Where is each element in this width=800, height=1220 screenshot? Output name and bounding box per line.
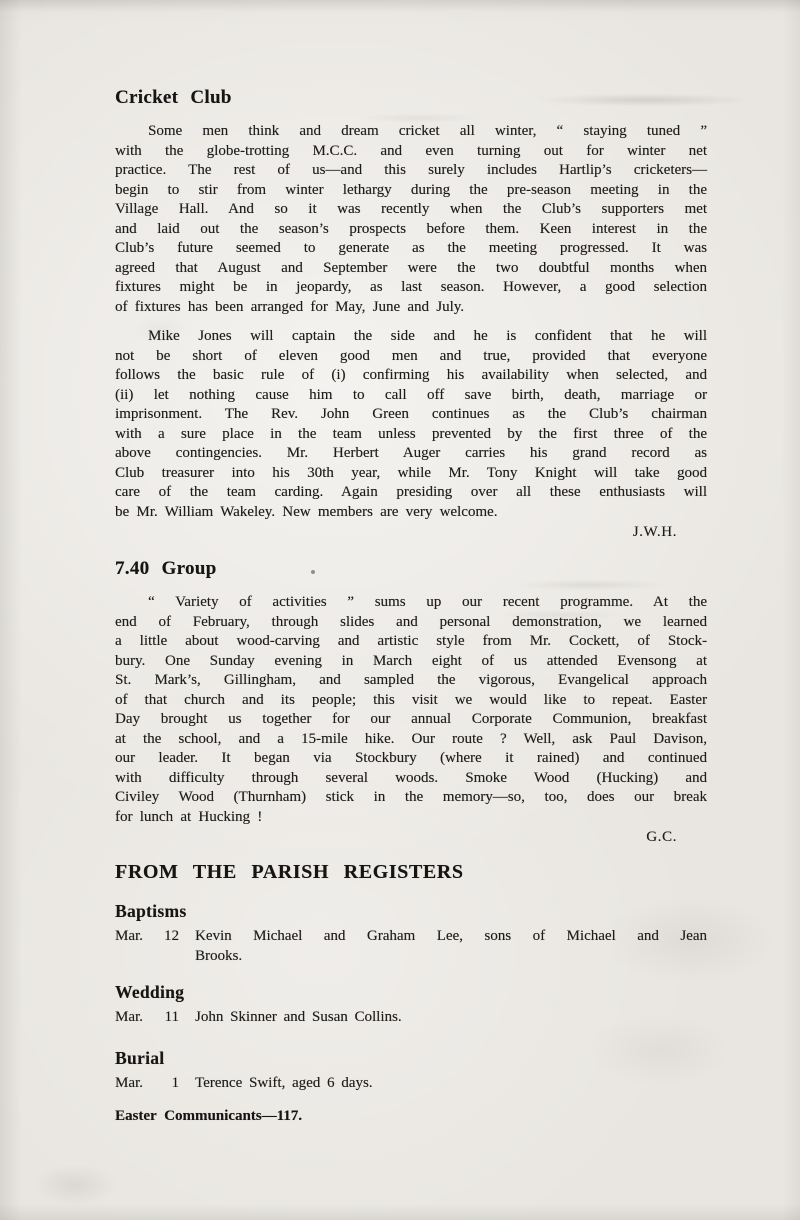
magazine-page: Cricket Club Some men think and dream cr…: [0, 0, 800, 1220]
baptism-date-day: 12: [157, 927, 179, 947]
text-line: and laid out the season’s prospects befo…: [115, 220, 707, 240]
wedding-heading: Wedding: [115, 981, 707, 1003]
text-line: care of the team carding. Again presidin…: [115, 483, 707, 503]
text-line: above contingencies. Mr. Herbert Auger c…: [115, 444, 707, 464]
text-line: (ii) let nothing cause him to call off s…: [115, 386, 707, 406]
wedding-date-month: Mar.: [115, 1008, 157, 1028]
section-740-group: 7.40 Group “ Variety of activities ” sum…: [115, 557, 707, 847]
text-line: practice. The rest of us—and this surely…: [115, 161, 707, 181]
text-line: Some men think and dream cricket all win…: [115, 122, 707, 142]
text-line: imprisonment. The Rev. John Green contin…: [115, 405, 707, 425]
text-line: “ Variety of activities ” sums up our re…: [115, 593, 707, 613]
wedding-date-day: 11: [157, 1008, 179, 1028]
text-line: Brooks.: [195, 947, 707, 967]
parish-registers-heading: FROM THE PARISH REGISTERS: [115, 859, 707, 885]
cricket-club-heading: Cricket Club: [115, 86, 707, 110]
text-line: be Mr. William Wakeley. New members are …: [115, 503, 707, 523]
text-line: St. Mark’s, Gillingham, and sampled the …: [115, 671, 707, 691]
burial-date-month: Mar.: [115, 1074, 157, 1094]
easter-communicants-line: Easter Communicants—117.: [115, 1106, 707, 1126]
text-line: with the globe-trotting M.C.C. and even …: [115, 142, 707, 162]
text-line: begin to stir from winter lethargy durin…: [115, 181, 707, 201]
baptism-entry-text: Kevin Michael and Graham Lee, sons of Mi…: [195, 927, 707, 966]
text-line: of that church and its people; this visi…: [115, 691, 707, 711]
text-line: our leader. It began via Stockbury (wher…: [115, 749, 707, 769]
text-line: agreed that August and September were th…: [115, 259, 707, 279]
text-line: not be short of eleven good men and true…: [115, 347, 707, 367]
baptism-date-month: Mar.: [115, 927, 157, 947]
text-line: Terence Swift, aged 6 days.: [195, 1074, 707, 1094]
text-line: end of February, through slides and pers…: [115, 613, 707, 633]
burial-entry: Mar. 1 Terence Swift, aged 6 days.: [115, 1074, 707, 1094]
cricket-paragraph-1: Some men think and dream cricket all win…: [115, 122, 707, 317]
740-group-paragraph: “ Variety of activities ” sums up our re…: [115, 593, 707, 827]
burial-entry-text: Terence Swift, aged 6 days.: [195, 1074, 707, 1094]
text-line: Village Hall. And so it was recently whe…: [115, 200, 707, 220]
baptism-entry: Mar. 12 Kevin Michael and Graham Lee, so…: [115, 927, 707, 966]
text-line: John Skinner and Susan Collins.: [195, 1008, 707, 1028]
cricket-signature: J.W.H.: [115, 523, 707, 542]
text-line: Mike Jones will captain the side and he …: [115, 327, 707, 347]
text-line: a little about wood-carving and artistic…: [115, 632, 707, 652]
baptisms-heading: Baptisms: [115, 900, 707, 922]
text-line: Kevin Michael and Graham Lee, sons of Mi…: [195, 927, 707, 947]
section-cricket-club: Cricket Club Some men think and dream cr…: [115, 86, 707, 542]
burial-date-day: 1: [157, 1074, 179, 1094]
text-line: Club’s future seemed to generate as the …: [115, 239, 707, 259]
text-line: bury. One Sunday evening in March eight …: [115, 652, 707, 672]
burial-heading: Burial: [115, 1047, 707, 1069]
cricket-paragraph-2: Mike Jones will captain the side and he …: [115, 327, 707, 522]
text-line: with difficulty through several woods. S…: [115, 769, 707, 789]
text-line: at the school, and a 15-mile hike. Our r…: [115, 730, 707, 750]
section-parish-registers: FROM THE PARISH REGISTERS Baptisms Mar. …: [115, 859, 707, 1126]
wedding-entry-text: John Skinner and Susan Collins.: [195, 1008, 707, 1028]
page-content: Cricket Club Some men think and dream cr…: [0, 0, 800, 1126]
text-line: fixtures might be in jeopardy, as last s…: [115, 278, 707, 298]
wedding-entry: Mar. 11 John Skinner and Susan Collins.: [115, 1008, 707, 1028]
text-line: Club treasurer into his 30th year, while…: [115, 464, 707, 484]
text-line: with a sure place in the team unless pre…: [115, 425, 707, 445]
text-line: Civiley Wood (Thurnham) stick in the mem…: [115, 788, 707, 808]
text-line: follows the basic rule of (i) confirming…: [115, 366, 707, 386]
text-line: of fixtures has been arranged for May, J…: [115, 298, 707, 318]
text-line: for lunch at Hucking !: [115, 808, 707, 828]
text-line: Day brought us together for our annual C…: [115, 710, 707, 730]
740-group-heading: 7.40 Group: [115, 557, 707, 581]
740-group-signature: G.C.: [115, 828, 707, 847]
